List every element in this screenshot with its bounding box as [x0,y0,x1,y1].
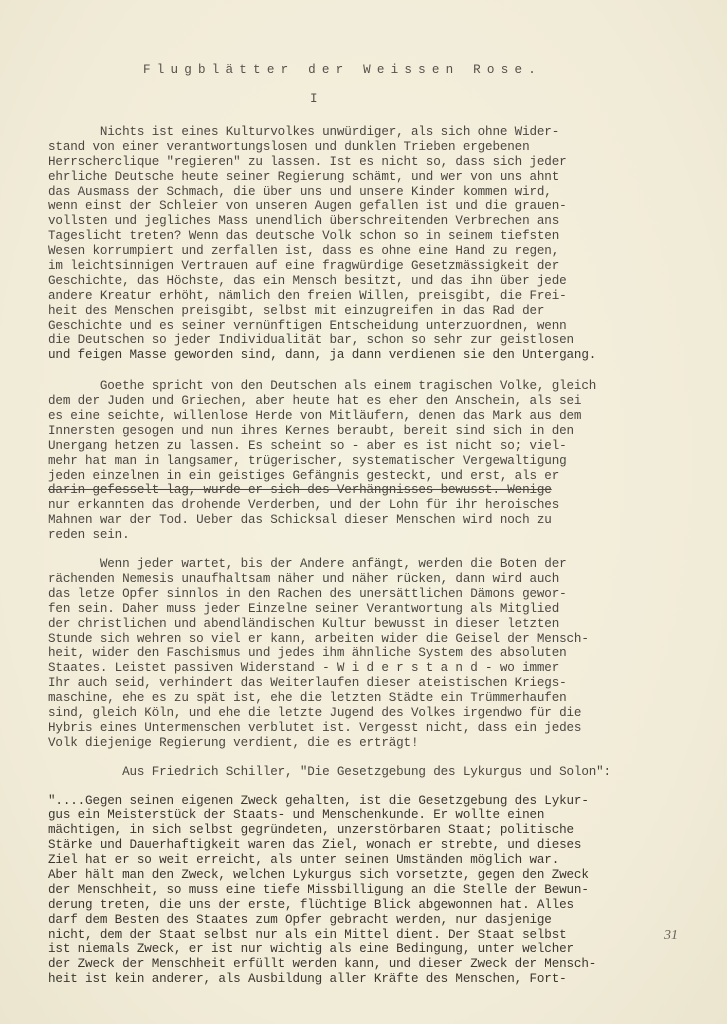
text-line: Staates. Leistet passiven Widerstand - W… [48,661,658,676]
text-line: Ziel hat er so weit erreicht, als unter … [48,853,658,868]
paragraph-2: Goethe spricht von den Deutschen als ein… [48,379,658,543]
text-line: "....Gegen seinen eigenen Zweck gehalten… [48,794,658,809]
typewritten-leaflet: Flugblätter der Weissen Rose. I Nichts i… [48,63,658,987]
text-line: Herrscherclique "regieren" zu lassen. Is… [48,155,658,170]
text-line: Geschichte, das Höchste, das ein Mensch … [48,274,658,289]
text-line: mächtigen, in sich selbst gegründeten, u… [48,823,658,838]
text-line: im leichtsinnigen Vertrauen auf eine fra… [48,259,658,274]
text-line: die Deutschen so jeder Individualität ba… [48,333,658,348]
text-line: der christlichen und abendländischen Kul… [48,617,658,632]
text-line: Stunde sich wehren so viel er kann, arbe… [48,632,658,647]
paragraph-1: Nichts ist eines Kulturvolkes unwürdiger… [48,125,658,363]
text-line: nicht, dem der Staat selbst nur als ein … [48,928,658,943]
schiller-citation-heading: Aus Friedrich Schiller, "Die Gesetzgebun… [48,765,658,780]
text-line: das Ausmass der Schmach, die über uns un… [48,185,658,200]
text-line: heit ist kein anderer, als Ausbildung al… [48,972,658,987]
text-line: Unergang hetzen zu lassen. Es scheint so… [48,439,658,454]
text-line: Innersten gesogen und nun ihres Kernes b… [48,424,658,439]
text-line: sind, gleich Köln, und ehe die letzte Ju… [48,706,658,721]
text-line: der Menschheit, so muss eine tiefe Missb… [48,883,658,898]
text-line: Nichts ist eines Kulturvolkes unwürdiger… [48,125,658,140]
text-line: mehr hat man in langsamer, trügerischer,… [48,454,658,469]
text-line: Wenn jeder wartet, bis der Andere anfäng… [48,557,658,572]
section-number: I [48,92,658,107]
document-page: Flugblätter der Weissen Rose. I Nichts i… [0,0,727,1024]
text-line: Stärke und Dauerhaftigkeit waren das Zie… [48,838,658,853]
schiller-quote: "....Gegen seinen eigenen Zweck gehalten… [48,794,658,988]
text-line: gus ein Meisterstück der Staats- und Men… [48,808,658,823]
text-line: ist niemals Zweck, er ist nur wichtig al… [48,942,658,957]
text-line: vollsten und jegliches Mass unendlich üb… [48,214,658,229]
text-line: ehrliche Deutsche heute seiner Regierung… [48,170,658,185]
text-line: es eine seichte, willenlose Herde von Mi… [48,409,658,424]
document-title: Flugblätter der Weissen Rose. [48,63,658,78]
text-line: rächenden Nemesis unaufhaltsam näher und… [48,572,658,587]
text-line: der Zweck der Menschheit erfüllt werden … [48,957,658,972]
citation-source: Aus Friedrich Schiller, "Die Gesetzgebun… [48,765,658,780]
text-line: dem der Juden und Griechen, aber heute h… [48,394,658,409]
text-line: Geschichte und es seiner vernünftigen En… [48,319,658,334]
text-line: stand von einer verantwortungslosen und … [48,140,658,155]
text-line: heit, wider den Faschismus und jedes ihm… [48,646,658,661]
text-line: Tageslicht treten? Wenn das deutsche Vol… [48,229,658,244]
text-line: derung treten, die uns der erste, flücht… [48,898,658,913]
text-line: Volk diejenige Regierung verdient, die e… [48,736,658,751]
page-number: 31 [664,928,678,944]
text-line: reden sein. [48,528,658,543]
text-line: darf dem Besten des Staates zum Opfer ge… [48,913,658,928]
text-line: das letze Opfer sinnlos in den Rachen de… [48,587,658,602]
struck-through-line: darin gefesselt lag, wurde er sich des V… [48,483,658,498]
text-line: maschine, ehe es zu spät ist, ehe die le… [48,691,658,706]
text-line: und feigen Masse geworden sind, dann, ja… [48,348,658,363]
text-line: Wesen korrumpiert und zerfallen ist, das… [48,244,658,259]
text-line: Mahnen war der Tod. Ueber das Schicksal … [48,513,658,528]
text-line: Ihr auch seid, verhindert das Weiterlauf… [48,676,658,691]
text-line: Goethe spricht von den Deutschen als ein… [48,379,658,394]
text-line: wenn einst der Schleier von unseren Auge… [48,199,658,214]
text-line: Aber hält man den Zweck, welchen Lykurgu… [48,868,658,883]
text-line: jeden einzelnen in ein geistiges Gefängn… [48,469,658,484]
paragraph-3: Wenn jeder wartet, bis der Andere anfäng… [48,557,658,751]
text-line: Hybris eines Untermenschen verblutet ist… [48,721,658,736]
text-line: heit des Menschen preisgibt, selbst mit … [48,304,658,319]
text-line: nur erkannten das drohende Verderben, un… [48,498,658,513]
text-line: fen sein. Daher muss jeder Einzelne sein… [48,602,658,617]
text-line: andere Kreatur erhöht, nämlich den freie… [48,289,658,304]
